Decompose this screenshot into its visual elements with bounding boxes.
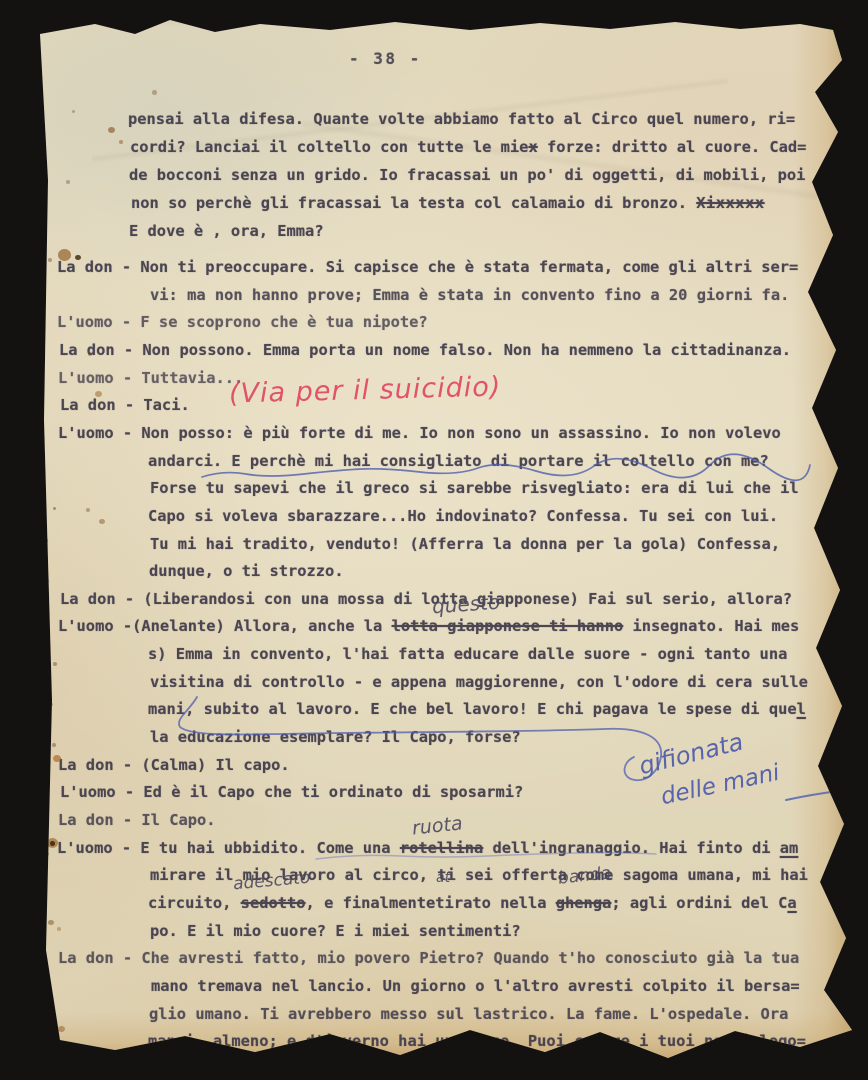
typed-text-struck: rotellina (400, 839, 483, 857)
typed-line: mangi, almeno; e d'inverno hai un fuoco.… (148, 1032, 806, 1050)
typed-line: L'uomo - F se scoprono che è tua nipote? (57, 313, 428, 331)
typed-text: la educazione esemplare? Il Capo, forse? (150, 728, 521, 746)
typed-text: E dove è , ora, Emma? (129, 222, 324, 240)
typed-text: L'uomo - Ed è il Capo che ti ordinato di… (60, 783, 523, 801)
typed-line: La don - Che avresti fatto, mio povero P… (58, 949, 799, 967)
handwritten-note-correction-ruota: ruota (411, 812, 464, 839)
typed-text: dell'ingranaggio. Hai finto di (483, 839, 780, 857)
handwritten-note-insertion-at: at (436, 870, 450, 886)
typed-text: Tu mi hai tradito, venduto! (Afferra la … (150, 535, 780, 553)
stain-spot (152, 90, 157, 95)
stain-spot (86, 508, 90, 512)
typed-text: mangi, almeno; e d'inverno hai un fuoco.… (148, 1032, 806, 1050)
typed-line: visitina di controllo - e appena maggior… (150, 673, 808, 691)
handwritten-note-red-stage-note: (Via per il suicidio) (229, 371, 502, 409)
typed-line: glio umano. Ti avrebbero messo sul lastr… (149, 1005, 788, 1023)
typed-line: mano tremava nel lancio. Un giorno o l'a… (151, 977, 800, 995)
typed-line: mani, subito al lavoro. E che bel lavoro… (148, 700, 806, 718)
typed-text-struck: lotta giapponese ti hanno (392, 617, 624, 635)
typed-text: ; agli ordini del C (611, 894, 787, 912)
typed-text: L'uomo - F se scoprono che è tua nipote? (57, 313, 428, 331)
typed-line: L'uomo - E tu hai ubbidito. Come una rot… (57, 839, 798, 857)
typed-text: mano tremava nel lancio. Un giorno o l'a… (151, 977, 800, 995)
typed-line: La don - Non possono. Emma porta un nome… (59, 341, 791, 359)
typed-text-struck: x (528, 138, 537, 156)
typed-line: dunque, o ti strozzo. (149, 562, 344, 580)
typed-text: La don - Taci. (60, 396, 190, 414)
typed-text: Capo si voleva sbarazzare...Ho indovinat… (148, 507, 778, 525)
stain-spot (58, 249, 71, 261)
stain-spot (40, 932, 45, 937)
typed-line: Tu mi hai tradito, venduto! (Afferra la … (150, 535, 780, 553)
typed-line: La don - Il Capo. (58, 811, 216, 829)
typed-line: La don - Non ti preoccupare. Si capisce … (57, 258, 798, 276)
typed-text: Forse tu sapevi che il greco si sarebbe … (150, 479, 799, 497)
typed-line: La don - Taci. (60, 396, 190, 414)
handwritten-note-correction-questo: questo (431, 590, 501, 619)
typed-line: po. E il mio cuore? E i miei sentimenti? (150, 922, 521, 940)
typed-text: La don - (Liberandosi con una mossa di l… (60, 590, 792, 608)
typed-text-struck: ghenga (556, 894, 612, 912)
typed-text-struck: sedotto (241, 894, 306, 912)
typed-text: La don - Non possono. Emma porta un nome… (59, 341, 791, 359)
typed-line: L'uomo - Ed è il Capo che ti ordinato di… (60, 783, 523, 801)
stain-spot (33, 510, 37, 514)
typed-text: circuito, (148, 894, 241, 912)
stain-spot (53, 507, 56, 510)
stain-spot (72, 110, 75, 113)
typed-text: de bocconi senza un grido. Io fracassai … (129, 166, 805, 184)
typed-line: cordi? Lanciai il coltello con tutte le … (130, 138, 806, 156)
typed-line: L'uomo - Non posso: è più forte di me. I… (58, 424, 781, 442)
typed-line: La don - (Calma) Il capo. (58, 756, 290, 774)
typed-text-unl: l (797, 700, 806, 718)
typed-text-unl: am (780, 839, 799, 857)
typed-text: glio umano. Ti avrebbero messo sul lastr… (149, 1005, 788, 1023)
typed-line: de bocconi senza un grido. Io fracassai … (129, 166, 805, 184)
stain-spot (40, 1014, 44, 1018)
typed-text: L'uomo -(Anelante) Allora, anche la (58, 617, 392, 635)
typed-line: la educazione esemplare? Il Capo, forse? (150, 728, 521, 746)
stain-spot (34, 622, 38, 626)
page-left-edge-shading (0, 0, 30, 1080)
typed-line: s) Emma in convento, l'hai fatta educare… (148, 645, 787, 663)
stain-spot (50, 703, 53, 706)
stain-spot (35, 550, 39, 554)
typed-text-struckbold: Xixxxxx (696, 194, 764, 212)
typed-line: La don - (Liberandosi con una mossa di l… (60, 590, 792, 608)
stain-spot (45, 579, 49, 583)
typed-text: vi: ma non hanno prove; Emma è stata in … (150, 286, 789, 304)
typed-text-unl: a (787, 894, 796, 912)
stain-spot (37, 988, 41, 992)
stain-spot (50, 841, 55, 846)
typed-text: non so perchè gli fracassai la testa col… (131, 194, 696, 212)
typed-text: La don - (Calma) Il capo. (58, 756, 290, 774)
typed-text: L'uomo - E tu hai ubbidito. Come una (57, 839, 400, 857)
stain-spot (37, 898, 41, 902)
typed-line: Capo si voleva sbarazzare...Ho indovinat… (148, 507, 778, 525)
stain-spot (52, 743, 56, 747)
typed-text: pensai alla difesa. Quante volte abbiamo… (128, 110, 795, 128)
stain-spot (36, 697, 40, 701)
typed-text: L'uomo - Non posso: è più forte di me. I… (58, 424, 781, 442)
typed-line: andarci. E perchè mi hai consigliato di … (148, 452, 769, 470)
stain-spot (119, 140, 123, 144)
typed-line: circuito, sedotto, e finalmentetirato ne… (148, 894, 797, 912)
typed-text: , e finalmente (306, 894, 436, 912)
typed-text: insegnato. Hai mes (623, 617, 799, 635)
page-top-edge-shading (0, 0, 868, 30)
typed-line: vi: ma non hanno prove; Emma è stata in … (150, 286, 789, 304)
typed-text: tirato nella (435, 894, 555, 912)
stain-spot (48, 920, 54, 925)
typed-text: mani, subito al lavoro. E che bel lavoro… (148, 700, 797, 718)
handwritten-note-correction-banda: banda (557, 863, 612, 888)
typed-line: L'uomo - Tuttavia... (58, 369, 243, 387)
typed-line: L'uomo -(Anelante) Allora, anche la lott… (58, 617, 799, 635)
stain-spot (43, 538, 48, 543)
stain-spot (66, 180, 70, 184)
typed-text: cordi? Lanciai il coltello con tutte le … (130, 138, 528, 156)
typed-line: Forse tu sapevi che il greco si sarebbe … (150, 479, 799, 497)
typed-line: non so perchè gli fracassai la testa col… (131, 194, 765, 212)
typed-text: forze: dritto al cuore. Cad= (538, 138, 807, 156)
stain-spot (48, 258, 52, 262)
typed-text: andarci. E perchè mi hai consigliato di … (148, 452, 769, 470)
stain-spot (48, 1006, 54, 1011)
typed-text: s) Emma in convento, l'hai fatta educare… (148, 645, 787, 663)
stain-spot (88, 352, 92, 356)
typed-text: La don - Il Capo. (58, 811, 216, 829)
stain-spot (33, 654, 39, 659)
stain-spot (57, 927, 61, 931)
stain-spot (45, 852, 49, 856)
typed-line: pensai alla difesa. Quante volte abbiamo… (128, 110, 795, 128)
typed-text: La don - Non ti preoccupare. Si capisce … (57, 258, 798, 276)
page-number: - 38 - (349, 51, 422, 67)
typed-text: dunque, o ti strozzo. (149, 562, 344, 580)
typed-text: La don - Che avresti fatto, mio povero P… (58, 949, 799, 967)
stain-spot (33, 578, 39, 583)
stain-spot (99, 519, 105, 524)
typescript-page: - 38 - pensai alla difesa. Quante volte … (0, 0, 868, 1080)
stain-spot (33, 601, 38, 606)
scanned-typescript-photo: { "document": { "kind": "typewritten scr… (0, 0, 868, 1080)
typed-text: L'uomo - Tuttavia... (58, 369, 243, 387)
typed-line: E dove è , ora, Emma? (129, 222, 324, 240)
typed-text: visitina di controllo - e appena maggior… (150, 673, 808, 691)
stain-spot (53, 662, 57, 666)
typed-text: po. E il mio cuore? E i miei sentimenti? (150, 922, 521, 940)
